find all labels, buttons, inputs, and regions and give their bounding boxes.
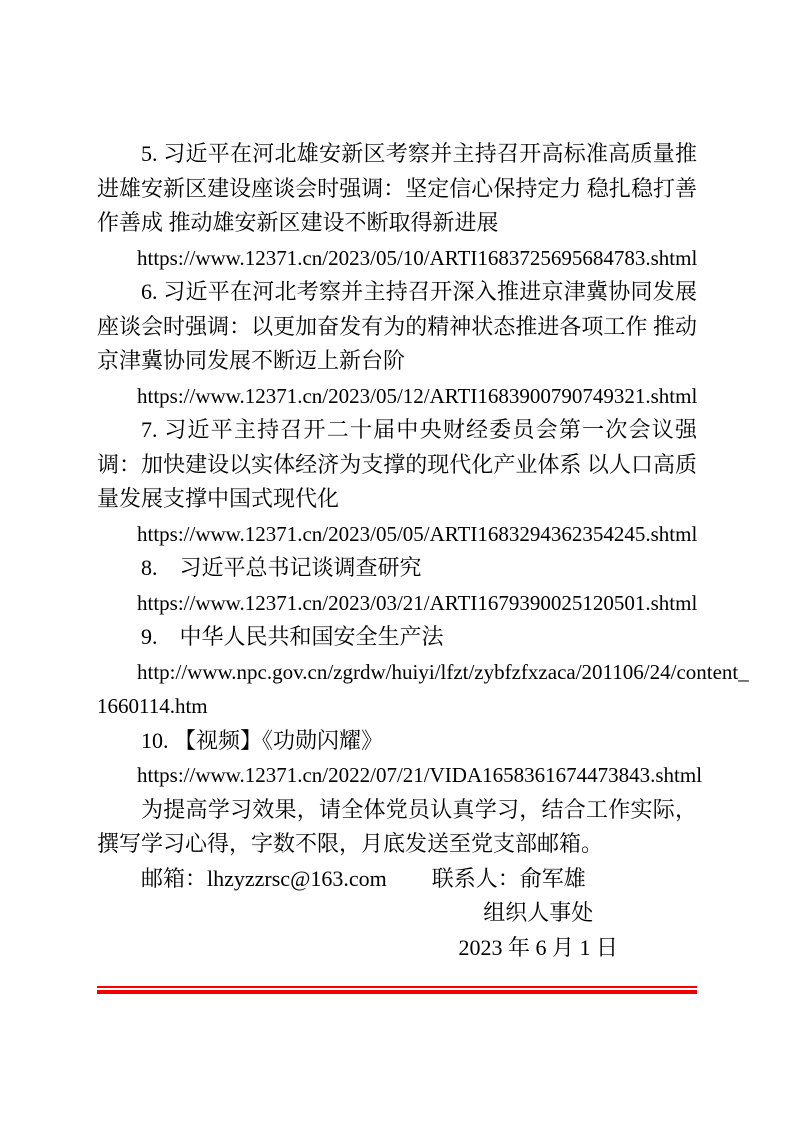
- study-item-8-url[interactable]: https://www.12371.cn/2023/03/21/ARTI1679…: [97, 586, 697, 621]
- study-item-6-title: 6. 习近平在河北考察并主持召开深入推进京津冀协同发展座谈会时强调：以更加奋发有…: [97, 275, 697, 379]
- contact-line: 邮箱：lhzyzzrsc@163.com联系人：俞军雄: [97, 862, 697, 897]
- closing-paragraph: 为提高学习效果，请全体党员认真学习，结合工作实际，撰写学习心得，字数不限，月底发…: [97, 793, 697, 862]
- signature-department: 组织人事处: [458, 896, 618, 931]
- contact-person-name: 俞军雄: [520, 866, 586, 891]
- document-page: 5. 习近平在河北雄安新区考察并主持召开高标准高质量推进雄安新区建设座谈会时强调…: [0, 0, 794, 1123]
- email-label: 邮箱：: [141, 866, 207, 891]
- study-item-10-title: 10. 【视频】《功勋闪耀》: [97, 724, 697, 759]
- study-item-8-title: 8. 习近平总书记谈调查研究: [97, 551, 697, 586]
- study-item-5-title: 5. 习近平在河北雄安新区考察并主持召开高标准高质量推进雄安新区建设座谈会时强调…: [97, 137, 697, 241]
- footer-rule-thick-line: [97, 990, 697, 994]
- study-item-9-title: 9. 中华人民共和国安全生产法: [97, 620, 697, 655]
- signature-date: 2023 年 6 月 1 日: [458, 931, 618, 966]
- study-item-9-url-line-2[interactable]: 1660114.htm: [97, 689, 697, 724]
- study-item-7-url[interactable]: https://www.12371.cn/2023/05/05/ARTI1683…: [97, 517, 697, 552]
- contact-person-label: 联系人：: [432, 866, 520, 891]
- email-address[interactable]: lhzyzzrsc@163.com: [207, 866, 387, 891]
- study-item-9-url-line-1[interactable]: http://www.npc.gov.cn/zgrdw/huiyi/lfzt/z…: [97, 655, 697, 690]
- study-item-7-title: 7. 习近平主持召开二十届中央财经委员会第一次会议强调：加快建设以实体经济为支撑…: [97, 413, 697, 517]
- study-item-6-url[interactable]: https://www.12371.cn/2023/05/12/ARTI1683…: [97, 379, 697, 414]
- study-item-10-url[interactable]: https://www.12371.cn/2022/07/21/VIDA1658…: [97, 758, 697, 793]
- document-content: 5. 习近平在河北雄安新区考察并主持召开高标准高质量推进雄安新区建设座谈会时强调…: [97, 137, 697, 994]
- study-item-5-url[interactable]: https://www.12371.cn/2023/05/10/ARTI1683…: [97, 241, 697, 276]
- signature-block: 组织人事处 2023 年 6 月 1 日: [458, 896, 618, 965]
- footer-double-rule: [97, 986, 697, 994]
